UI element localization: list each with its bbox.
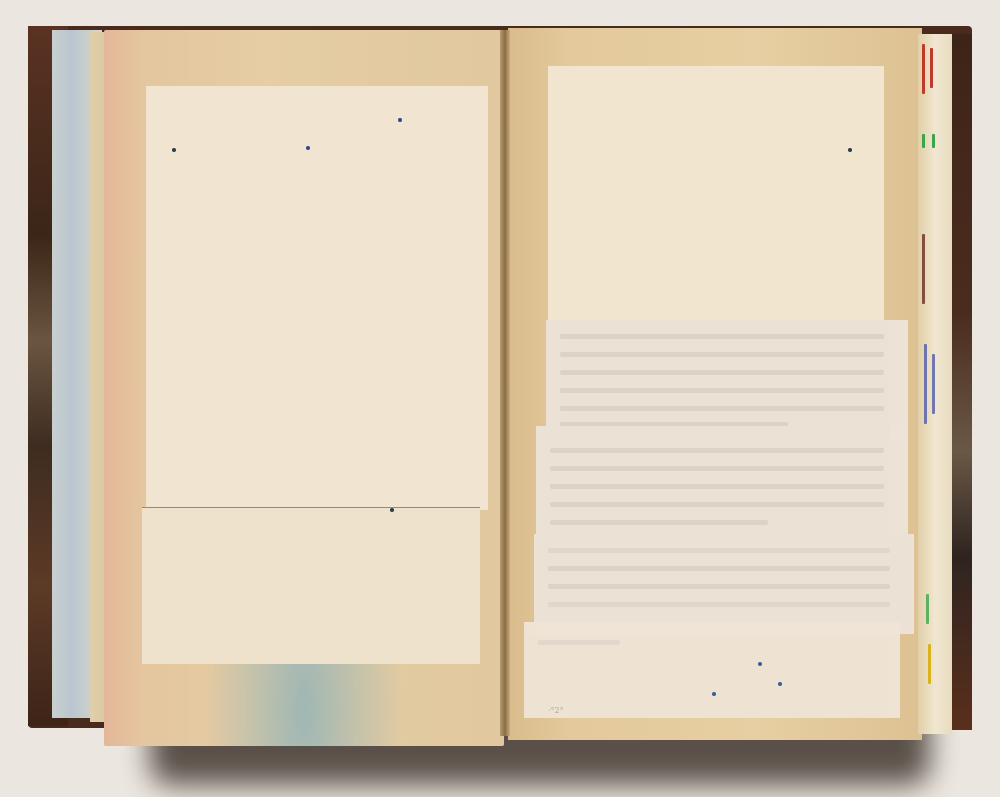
book-gutter (500, 30, 510, 736)
ink-speck (778, 682, 782, 686)
ink-speck (390, 508, 394, 512)
page-number: ·°2° (548, 706, 564, 715)
brown-tab-mark (922, 234, 925, 304)
ink-speck (398, 118, 402, 122)
ink-speck (172, 148, 176, 152)
blue-tab-mark (924, 344, 927, 424)
translucent-strip (536, 426, 908, 536)
pasted-paper-right-top (548, 66, 884, 320)
ink-speck (848, 148, 852, 152)
pasted-paper-left-bottom (142, 507, 480, 664)
ink-speck (712, 692, 716, 696)
blue-tab-mark (932, 354, 935, 414)
red-tab-mark (922, 44, 925, 94)
yellow-tab-mark (928, 644, 931, 684)
green-tab-mark (922, 134, 925, 148)
green-tab-mark (932, 134, 935, 148)
translucent-strip (534, 534, 914, 634)
ink-speck (758, 662, 762, 666)
right-page-stack (918, 34, 952, 734)
ink-speck (306, 146, 310, 150)
translucent-strip (524, 622, 900, 718)
pasted-paper-left-top (146, 86, 488, 510)
green-tab-mark (926, 594, 929, 624)
red-tab-mark (930, 48, 933, 88)
translucent-strip (546, 320, 908, 440)
